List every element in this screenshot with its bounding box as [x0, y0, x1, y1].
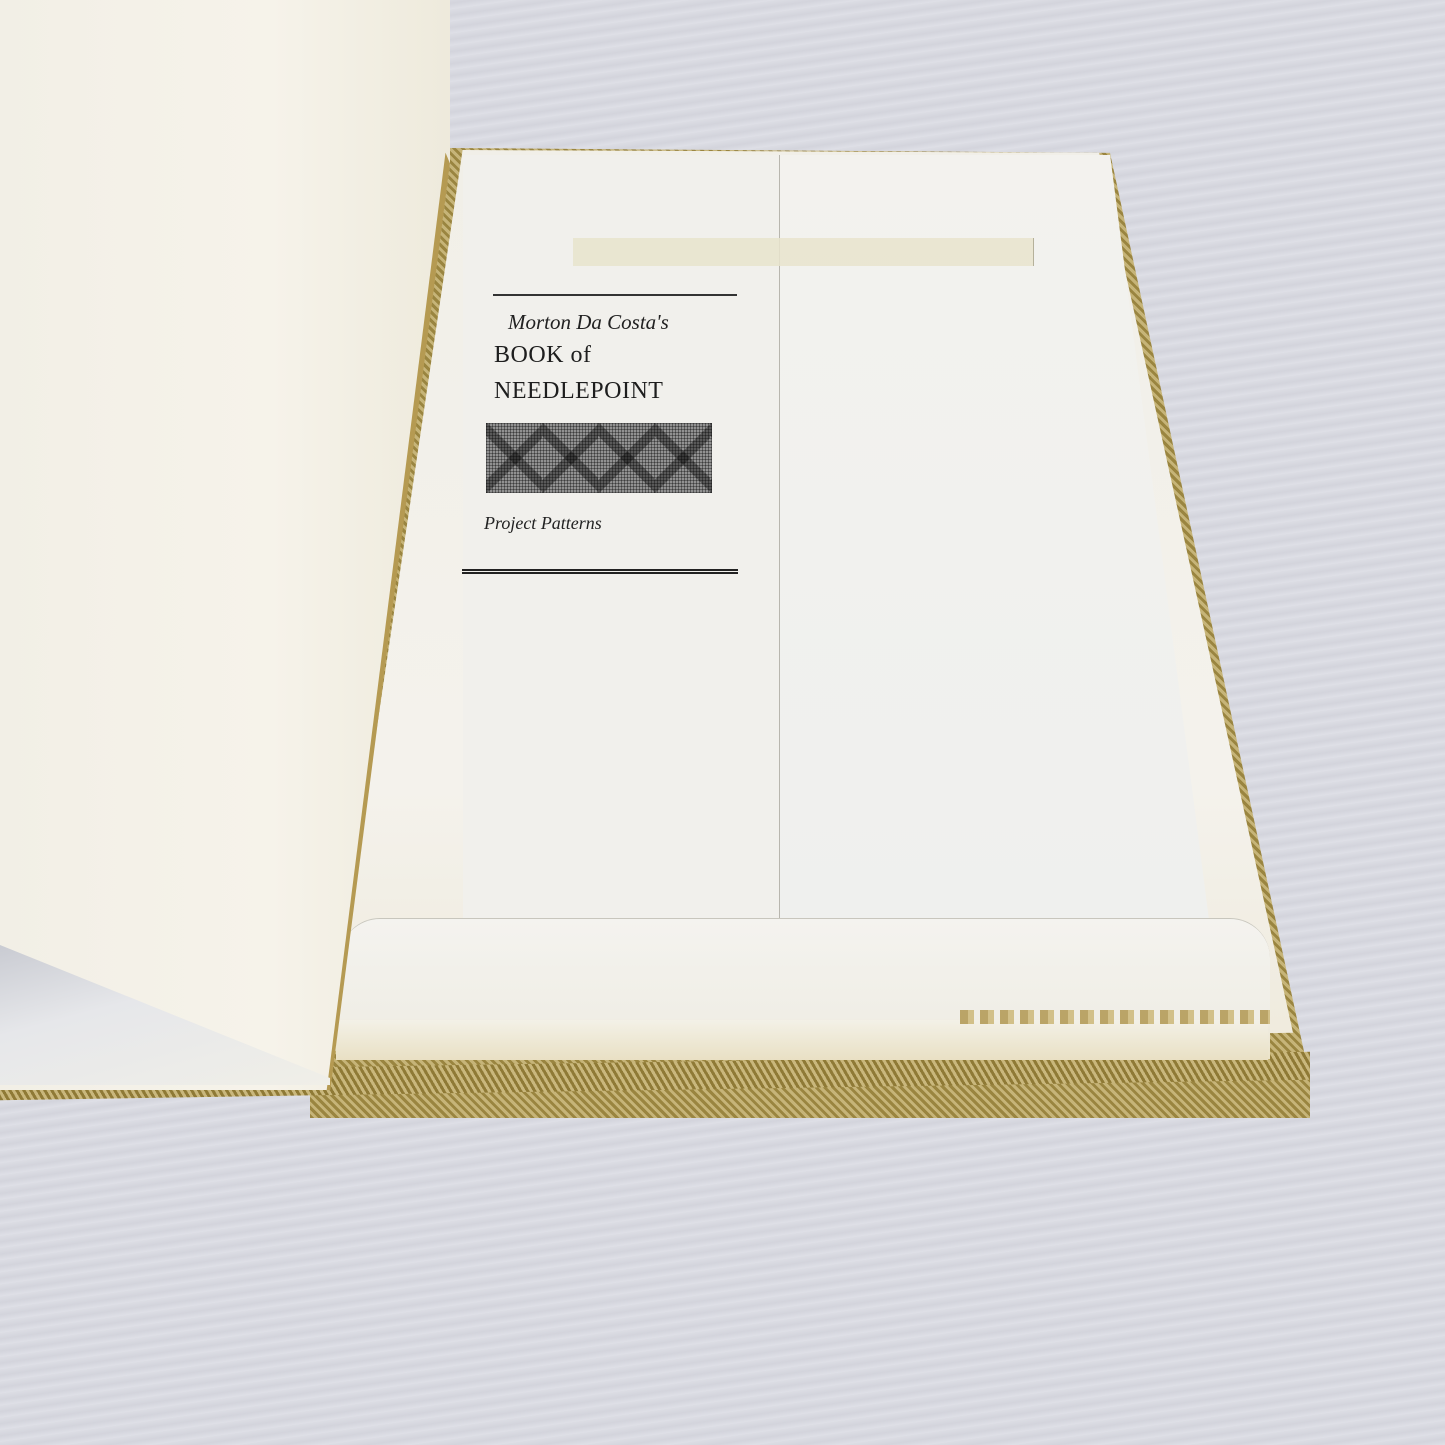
- age-stain: [960, 1010, 1270, 1024]
- book-photo: Morton Da Costa's BOOK of NEEDLEPOINT Pr…: [0, 0, 1445, 1445]
- tape-strip: [573, 238, 1034, 266]
- bottom-double-rule: [462, 569, 738, 574]
- insert-right-panel: [779, 155, 1209, 920]
- pocket-lip: [336, 1020, 1268, 1060]
- pattern-insert-leaflet: [463, 155, 780, 920]
- author-name: Morton Da Costa's: [508, 310, 669, 335]
- top-rule: [493, 294, 737, 296]
- title-line-1: BOOK of: [494, 342, 592, 369]
- title-line-2: NEEDLEPOINT: [494, 378, 663, 405]
- subtitle: Project Patterns: [484, 513, 602, 534]
- needlepoint-pattern-icon: [486, 423, 712, 493]
